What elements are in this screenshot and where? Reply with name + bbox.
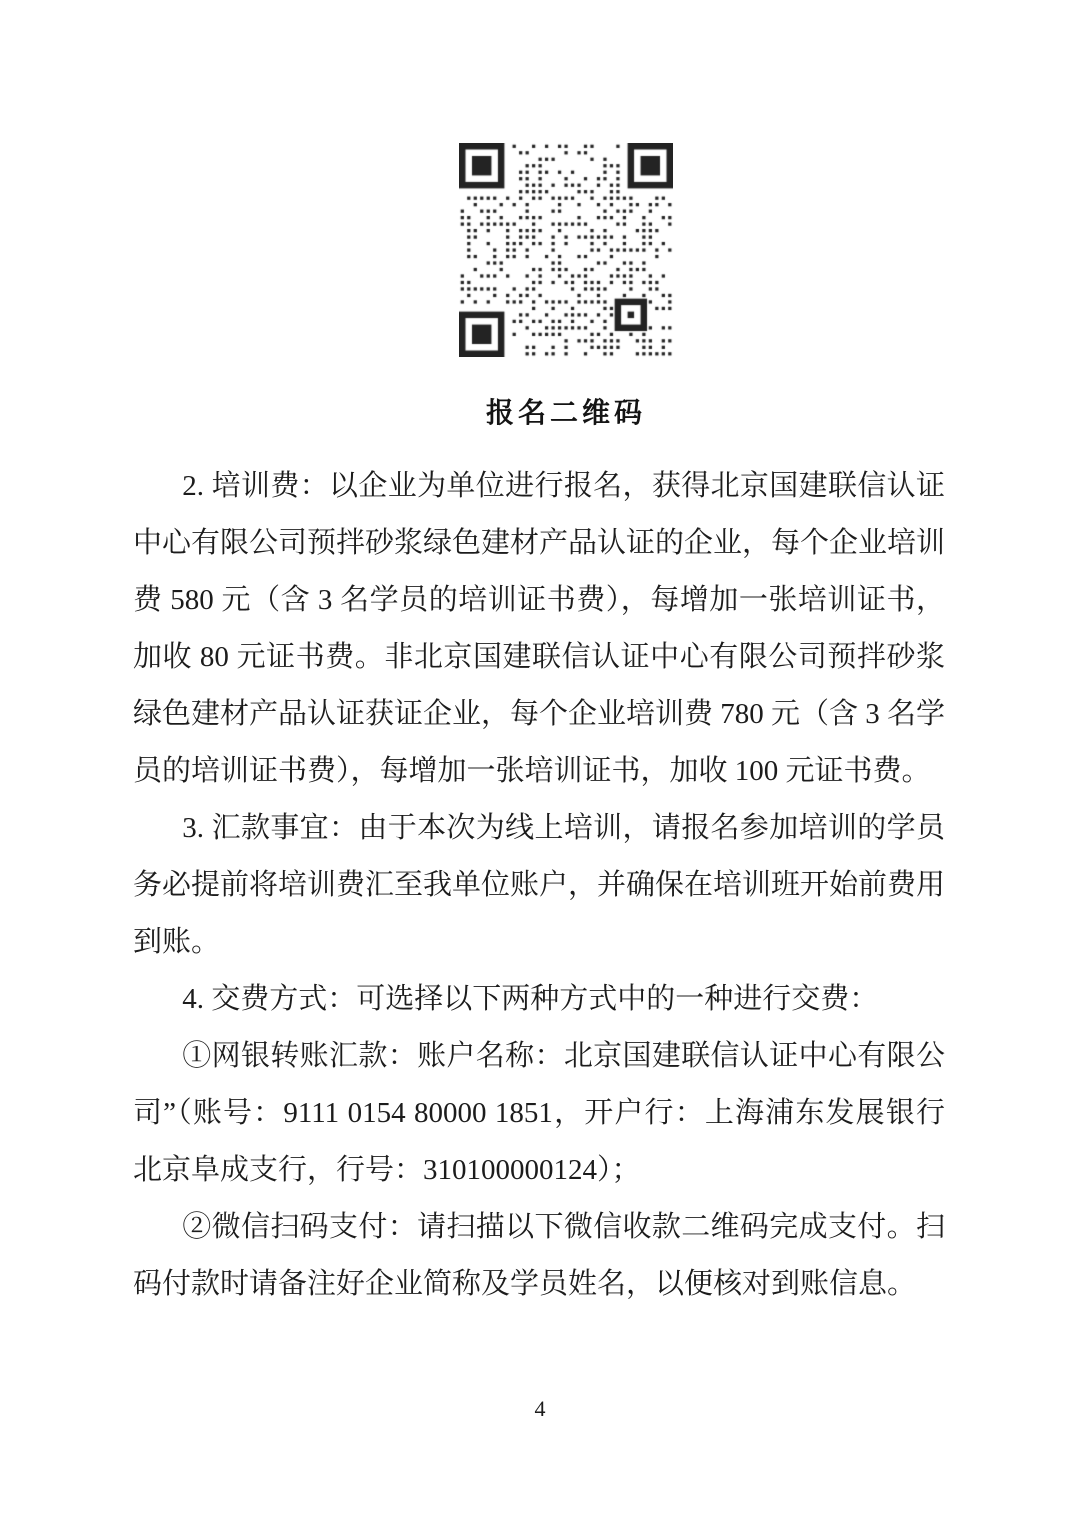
document-body: 2. 培训费：以企业为单位进行报名，获得北京国建联信认证中心有限公司预拌砂浆绿色… (133, 458, 945, 1313)
paragraph-training-fee: 2. 培训费：以企业为单位进行报名，获得北京国建联信认证中心有限公司预拌砂浆绿色… (133, 458, 945, 800)
qr-caption: 报名二维码 (26, 391, 1080, 431)
qr-figure: 报名二维码 (26, 0, 1080, 431)
paragraph-payment-methods: 4. 交费方式：可选择以下两种方式中的一种进行交费： (133, 971, 945, 1028)
document-page: 报名二维码 2. 培训费：以企业为单位进行报名，获得北京国建联信认证中心有限公司… (0, 0, 1080, 1528)
paragraph-bank-transfer: ①网银转账汇款：账户名称：北京国建联信认证中心有限公司”（账号：9111 015… (133, 1028, 945, 1199)
page-number: 4 (0, 1396, 1080, 1422)
paragraph-remittance: 3. 汇款事宜：由于本次为线上培训，请报名参加培训的学员务必提前将培训费汇至我单… (133, 800, 945, 971)
registration-qr-code-image (459, 143, 673, 357)
paragraph-wechat-pay: ②微信扫码支付：请扫描以下微信收款二维码完成支付。扫码付款时请备注好企业简称及学… (133, 1199, 945, 1313)
